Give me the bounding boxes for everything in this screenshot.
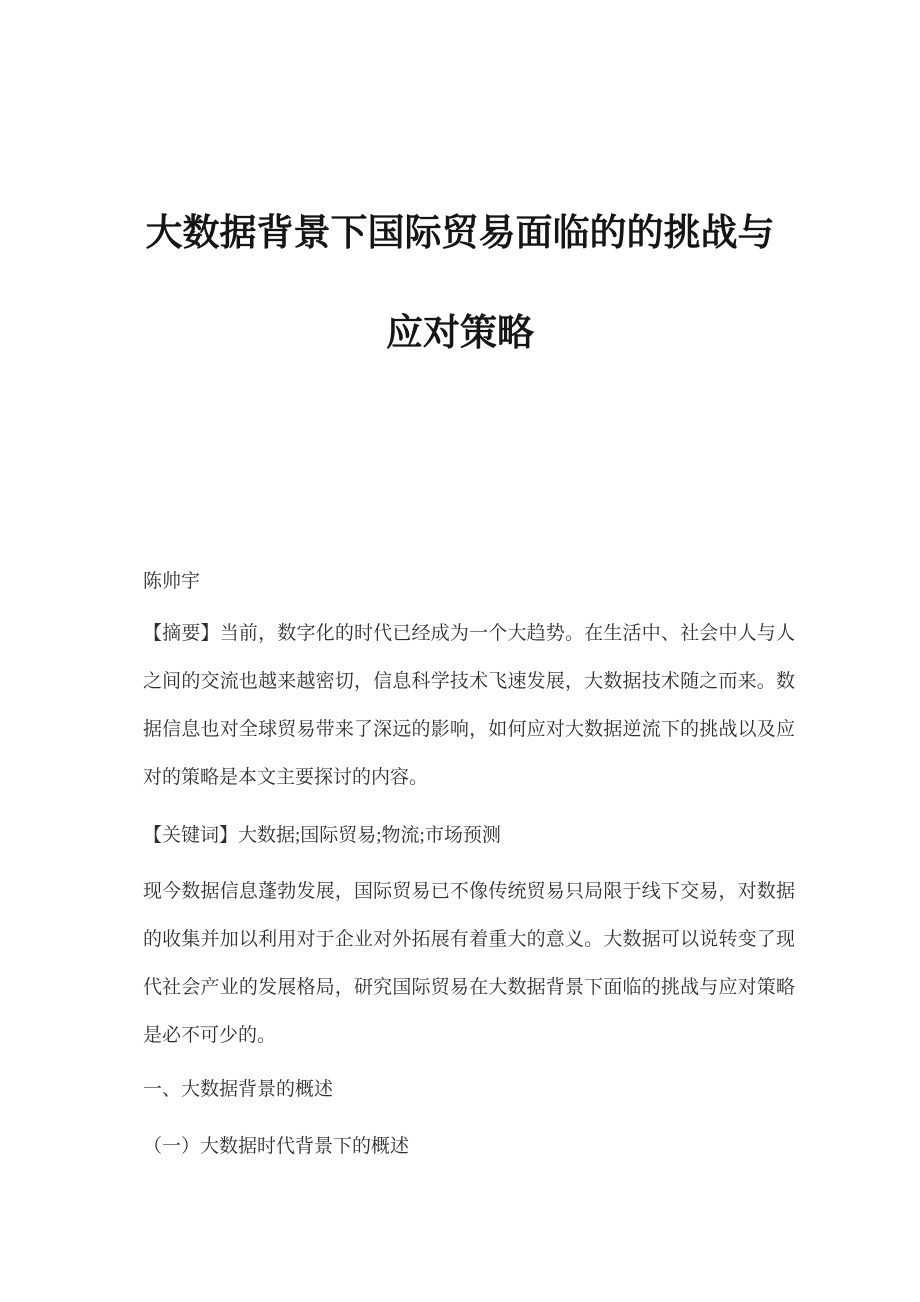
author-name: 陈帅宇 xyxy=(143,558,795,606)
abstract-paragraph: 【摘要】当前，数字化的时代已经成为一个大趋势。在生活中、社会中人与人之间的交流也… xyxy=(143,610,795,802)
keywords-line: 【关键词】大数据;国际贸易;物流;市场预测 xyxy=(143,812,795,860)
document-page: 大数据背景下国际贸易面临的的挑战与 应对策略 陈帅宇 【摘要】当前，数字化的时代… xyxy=(0,0,920,1302)
document-title-line-1: 大数据背景下国际贸易面临的的挑战与 xyxy=(0,208,920,260)
subsection-heading-era-overview: （一）大数据时代背景下的概述 xyxy=(143,1123,795,1171)
body-paragraph: 现今数据信息蓬勃发展，国际贸易已不像传统贸易只局限于线下交易，对数据的收集并加以… xyxy=(143,868,795,1060)
section-heading-overview: 一、大数据背景的概述 xyxy=(143,1066,795,1114)
document-title-line-2: 应对策略 xyxy=(0,308,920,360)
